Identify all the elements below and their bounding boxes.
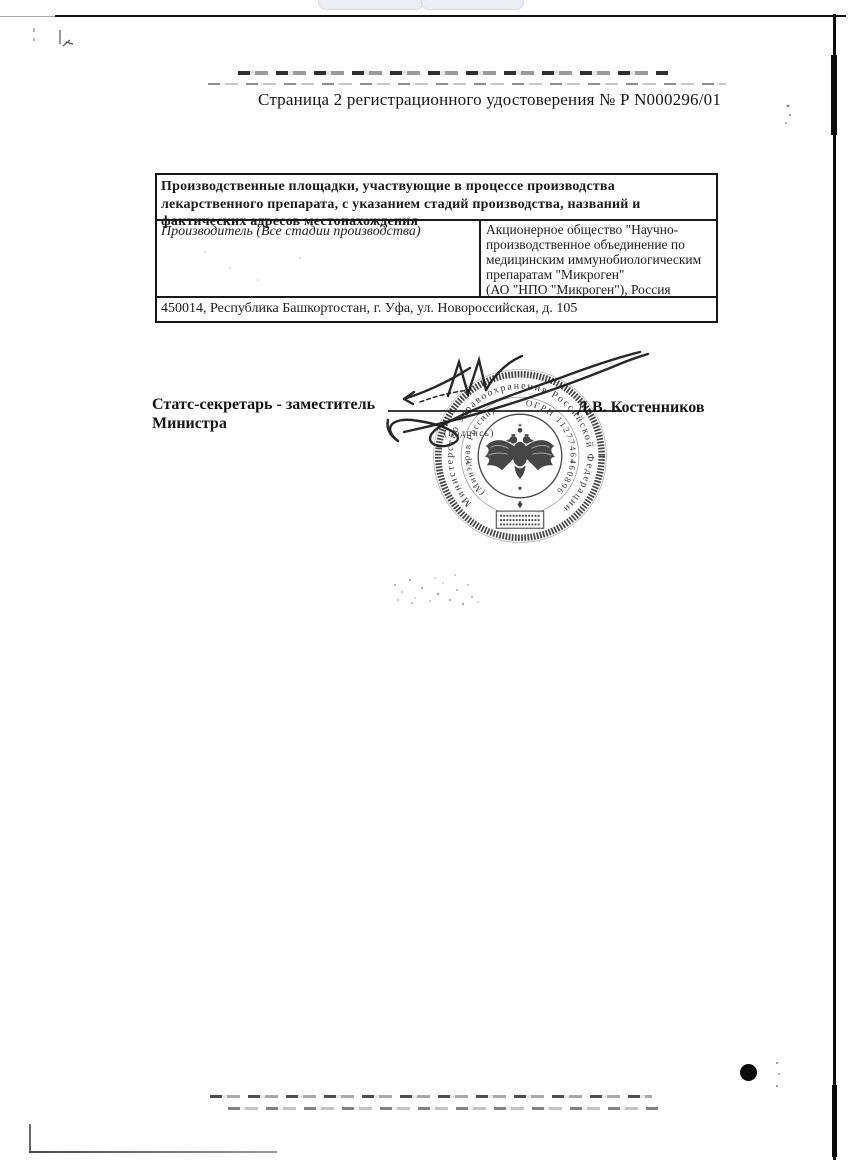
- producer-label-cell: Производитель (Все стадии производства): [157, 221, 479, 296]
- table-producer-row: Производитель (Все стадии производства) …: [157, 219, 716, 296]
- double-headed-eagle-icon: [485, 424, 555, 479]
- stamp-dot: [518, 487, 521, 490]
- stamp-dot: [571, 460, 573, 462]
- stamp-number-block: [496, 511, 544, 528]
- hole-punch-dot: [740, 1064, 757, 1081]
- scanned-document-page: { "document": { "page_header": "Страница…: [0, 0, 856, 1165]
- signer-position-line1: Статс-секретарь - заместитель: [152, 395, 402, 414]
- scan-right-edge-line: [832, 1085, 837, 1157]
- smudged-divider-line: [228, 1107, 658, 1110]
- production-sites-table: Производственные площадки, участвующие в…: [155, 173, 718, 323]
- stamp-diamond: [518, 501, 523, 509]
- scan-speckle-patch: [394, 574, 479, 605]
- signer-position-line2: Министра: [152, 414, 402, 433]
- scan-ghost-tab: [421, 0, 524, 10]
- producer-value-line: Акционерное общество "Научно-: [486, 223, 711, 238]
- ministry-round-stamp: Министерство здравоохранения Российской …: [425, 361, 615, 551]
- scan-top-edge-line-faint: [0, 16, 55, 17]
- address-row: 450014, Республика Башкортостан, г. Уфа,…: [157, 296, 716, 321]
- producer-value-line: (АО "НПО "Микроген"), Россия: [486, 283, 711, 298]
- stamp-dot: [467, 460, 469, 462]
- producer-value-line: медицинским иммунобиологическим: [486, 253, 711, 268]
- scan-scribble-mark: [34, 28, 73, 46]
- table-header-row: Производственные площадки, участвующие в…: [157, 175, 716, 219]
- scan-ghost-tab: [318, 0, 424, 10]
- scan-top-edge-line: [55, 15, 846, 17]
- smudged-divider-line: [210, 1095, 652, 1098]
- page-title: Страница 2 регистрационного удостоверени…: [258, 90, 738, 110]
- producer-value-line: производственное объединение по: [486, 238, 711, 253]
- smudged-divider-line: [238, 71, 668, 75]
- producer-value-line: препаратам "Микроген": [486, 268, 711, 283]
- signer-position: Статс-секретарь - заместитель Министра: [152, 395, 402, 433]
- scan-corner-line: [29, 1124, 31, 1153]
- producer-value-cell: Акционерное общество "Научно- производст…: [479, 221, 716, 296]
- scan-corner-line: [29, 1151, 277, 1153]
- scan-right-edge-line: [833, 14, 836, 1160]
- smudged-divider-line: [208, 83, 726, 85]
- scan-right-edge-line: [831, 55, 837, 135]
